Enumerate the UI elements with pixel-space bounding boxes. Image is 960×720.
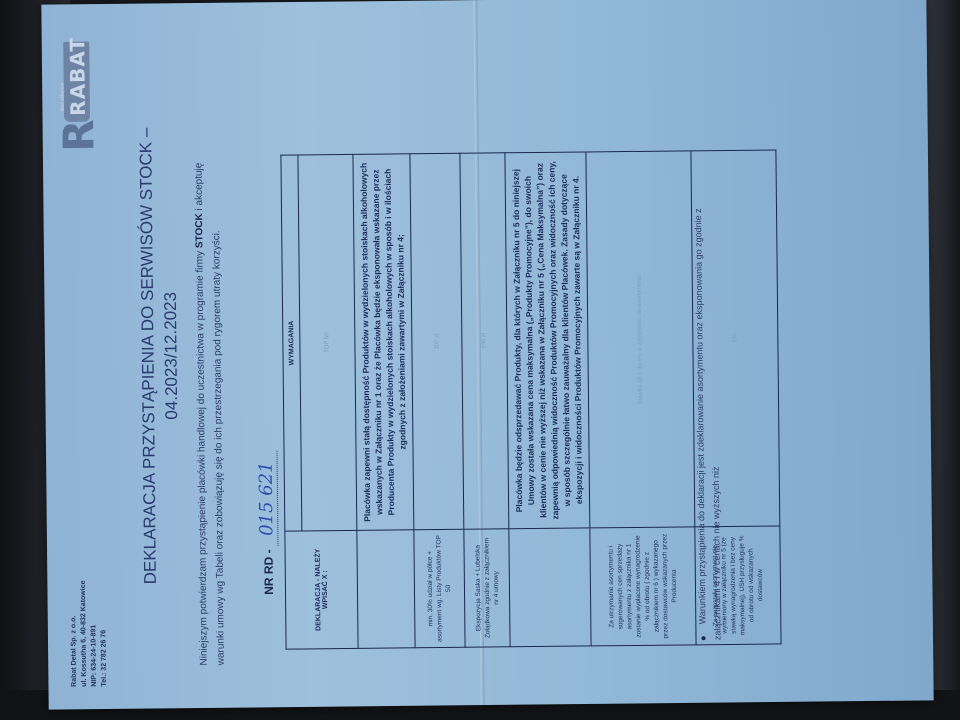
condition-text: Warunkiem przystąpienia do deklaracji je…	[693, 208, 723, 640]
top-faint-cell: TOP 50	[298, 154, 357, 531]
company-line: ul. Kossutha 6, 40-832 Katowice	[79, 580, 90, 686]
declaration-checkbox-cell[interactable]: Stawka od 1 do 6% w zależności od asorty…	[586, 151, 695, 528]
company-line: Tel.: 32 782 26 76	[99, 580, 110, 686]
document-page: Rabat Detal Sp. z o.o. ul. Kossutha 6, 4…	[41, 0, 933, 707]
document-title: DEKLARACJA PRZYSTĄPIENIA DO SERWISÓW STO…	[133, 6, 186, 706]
intro-paragraph: Niniejszym potwierdzam przystąpienie pla…	[190, 145, 229, 665]
table-row: Placówka zapewni stałą dostępność Produk…	[353, 154, 415, 649]
table-row: Placówka będzie odsprzedawać Produkty, d…	[505, 152, 591, 647]
condition-bullet: Warunkiem przystąpienia do deklaracji je…	[690, 160, 725, 640]
document-sheet: Rabat Detal Sp. z o.o. ul. Kossutha 6, 4…	[41, 0, 933, 710]
logo-letter: R	[54, 119, 103, 152]
logo-word: RABAT	[65, 37, 90, 116]
requirement-label: Ekspozycja Saska + Lubelska Żołądkowa zg…	[464, 529, 510, 647]
declaration-header: DEKLARACJA - NALEŻY WPISAĆ X :	[285, 530, 358, 649]
declaration-checkbox-cell[interactable]: 100 zł	[460, 153, 509, 529]
requirement-label: Za utrzymanie asortymentu i sugerowanych…	[590, 527, 696, 646]
requirement-text: Placówka będzie odsprzedawać Produkty, d…	[505, 152, 590, 529]
table-row: min. 30% udział w półce + asortyment wg.…	[410, 153, 465, 647]
declaration-checkbox-cell[interactable]	[357, 530, 415, 649]
intro-part-1: Niniejszym potwierdzam przystąpienie pla…	[194, 248, 209, 665]
intro-brand: STOCK	[194, 213, 205, 248]
nr-rd-label: NR RD -	[262, 546, 277, 595]
bullet-dot-icon	[701, 636, 705, 640]
requirement-text: Placówka zapewni stałą dostępność Produk…	[353, 154, 414, 531]
nr-rd-handwritten-value[interactable]: 015 621	[256, 451, 279, 546]
declaration-checkbox-cell[interactable]: 100 zł	[410, 153, 464, 530]
table-row: Za utrzymanie asortymentu i sugerowanych…	[586, 151, 696, 646]
nr-rd-field: NR RD - 015 621	[256, 451, 280, 595]
company-address: Rabat Detal Sp. z o.o. ul. Kossutha 6, 4…	[69, 580, 110, 687]
table-row: Ekspozycja Saska + Lubelska Żołądkowa zg…	[460, 153, 510, 647]
declaration-checkbox-cell[interactable]	[509, 528, 591, 647]
rabat-logo: R Sieć sklepów RABAT	[59, 37, 100, 152]
requirement-label: min. 30% udział w półce + asortyment wg.…	[414, 529, 465, 648]
